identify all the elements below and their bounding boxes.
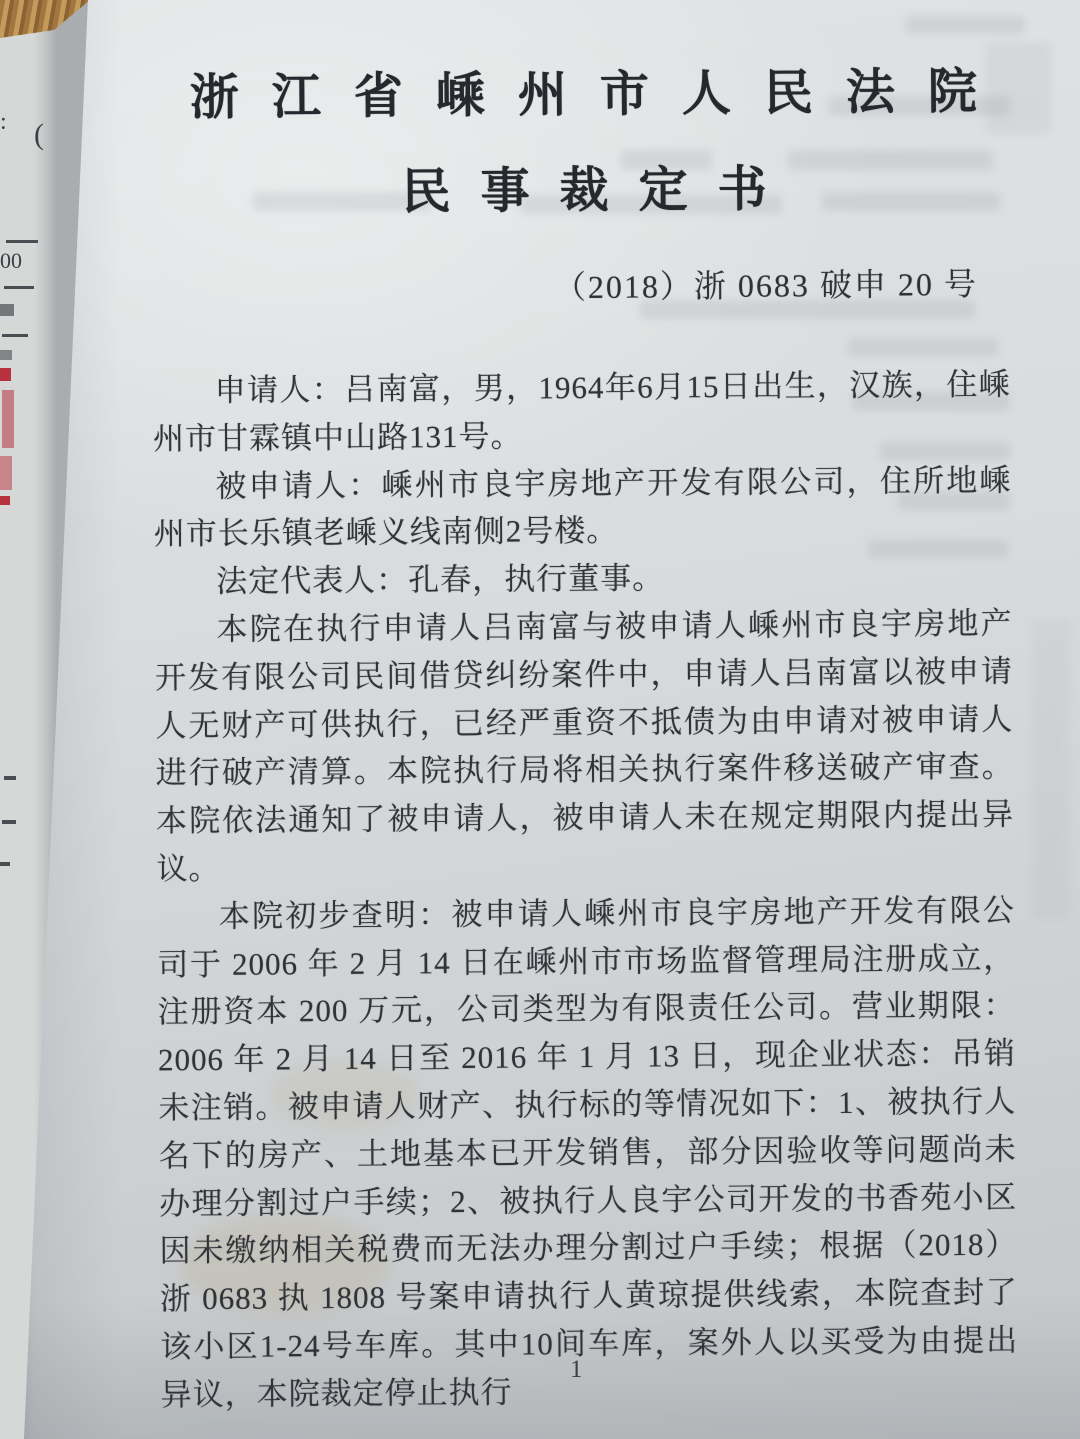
ruled-line-fragment bbox=[2, 334, 28, 337]
bleedthrough-smudge bbox=[905, 16, 1025, 34]
document-type-title: 民事裁定书 bbox=[151, 148, 1048, 225]
text-fragment bbox=[0, 350, 12, 360]
red-stamp-fragment bbox=[0, 368, 11, 381]
red-stamp-fragment bbox=[2, 390, 14, 448]
text-fragment: : bbox=[0, 110, 7, 134]
document-content: 浙江省嵊州市人民法院 民事裁定书 （2018）浙 0683 破申 20 号 申请… bbox=[150, 39, 1027, 1419]
text-fragment bbox=[4, 776, 16, 780]
text-fragment: ( bbox=[34, 120, 44, 150]
case-number: （2018）浙 0683 破申 20 号 bbox=[152, 259, 1018, 312]
court-name-title: 浙江省嵊州市人民法院 bbox=[150, 52, 1050, 129]
text-fragment bbox=[0, 304, 14, 316]
text-fragment bbox=[0, 862, 10, 866]
red-stamp-fragment bbox=[0, 496, 10, 505]
text-fragment: 00 bbox=[0, 250, 22, 272]
bleedthrough-smudge bbox=[1032, 620, 1070, 920]
ruled-line-fragment bbox=[4, 286, 34, 289]
document-page: 浙江省嵊州市人民法院 民事裁定书 （2018）浙 0683 破申 20 号 申请… bbox=[0, 0, 1080, 1439]
text-fragment bbox=[2, 820, 16, 824]
paragraph-applicant: 申请人：吕南富，男，1964年6月15日出生，汉族，住嵊州市甘霖镇中山路131号… bbox=[153, 361, 1012, 463]
ruled-line-fragment bbox=[6, 240, 38, 243]
document-body: 申请人：吕南富，男，1964年6月15日出生，汉族，住嵊州市甘霖镇中山路131号… bbox=[153, 361, 1019, 1419]
paragraph-findings: 本院初步查明：被申请人嵊州市良宇房地产开发有限公司于 2006 年 2 月 14… bbox=[157, 886, 1019, 1418]
red-stamp-fragment bbox=[0, 456, 12, 490]
document-photo: : ( 00 浙江省嵊州 bbox=[0, 0, 1080, 1439]
paragraph-case-background: 本院在执行申请人吕南富与被申请人嵊州市良宇房地产开发有限公司民间借贷纠纷案件中，… bbox=[154, 600, 1014, 894]
paragraph-respondent: 被申请人：嵊州市良宇房地产开发有限公司，住所地嵊州市长乐镇老嵊义线南侧2号楼。 bbox=[153, 456, 1012, 558]
paragraph-legal-rep: 法定代表人：孔春，执行董事。 bbox=[154, 552, 1012, 607]
page-number: 1 bbox=[570, 1356, 583, 1384]
